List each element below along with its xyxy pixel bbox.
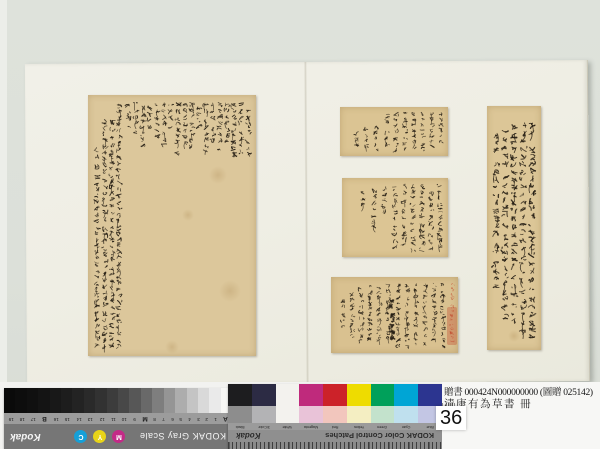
page-centerfold-crease [304,62,309,383]
gray-step-patch [4,388,15,413]
gray-step-patch [164,388,175,413]
ink-circle-c: C [74,430,87,443]
gray-step-label: 1 [214,413,217,423]
saturated-patch [394,384,418,406]
color-column-green [371,384,395,423]
color-patch-label: Magenta [303,424,320,429]
color-column-cyan [394,384,418,423]
color-card-title-band: KODAK Color Control Patches Kodak [228,430,442,442]
gray-step-patch [27,388,38,413]
kodak-logo: Kodak [236,432,260,441]
gray-scale-patches [4,388,232,413]
saturated-patch [347,384,371,406]
gray-scale-title: KODAK Gray Scale [139,432,226,442]
gray-step-patch [209,388,220,413]
kodak-color-control-patches-card: BlueCyanGreenYellowRedMagentaWhite3/Colo… [228,384,442,449]
gray-step-patch [95,388,106,413]
calligraphy-ink [88,95,256,356]
gray-step-label: 9 [133,413,136,423]
ink-circle-y: Y [93,430,106,443]
slip-1-paper [340,107,448,156]
gray-step-label: 7 [162,413,165,423]
gray-step-patch [38,388,49,413]
color-patch-label: Green [374,424,391,429]
color-column-magenta [299,384,323,423]
color-patch-label: 3/Color [255,424,272,429]
gray-step-patch [15,388,26,413]
catalog-label-area: 贈書 000424N000000000 (圖贈 025142) 清康有為草書 冊… [442,382,600,449]
tint-patch [371,406,395,423]
gray-step-patch [152,388,163,413]
gray-step-label: 13 [88,413,93,423]
tint-patch [323,406,347,423]
gray-step-label: 14 [76,413,81,423]
strip-paper [487,106,541,350]
gray-step-label: 16 [54,413,59,423]
color-patch-labels: BlueCyanGreenYellowRedMagentaWhite3/Colo… [228,423,442,430]
gray-step-patch [107,388,118,413]
gray-step-label: 10 [122,413,127,423]
gray-step-label: 6 [171,413,174,423]
color-patch-label: White [279,424,296,429]
gray-step-patch [61,388,72,413]
gray-step-patch [175,388,186,413]
tint-patch [276,406,300,423]
saturated-patch [252,384,276,406]
scan-edge-strip [0,0,7,382]
gray-step-label: 3 [197,413,200,423]
calligraphy-ink [331,277,458,353]
slip-3-paper [331,277,458,353]
color-column-3-color [252,384,276,423]
tint-patch [252,406,276,423]
color-column-white [276,384,300,423]
calligraphy-ink [340,107,448,156]
gray-step-patch [118,388,129,413]
main-leaf-paper [88,95,256,356]
tint-patch [299,406,323,423]
saturated-patch [323,384,347,406]
gray-step-patch [129,388,140,413]
gray-step-patch [50,388,61,413]
color-patches-grid [228,384,442,423]
ink-circle-m: M [112,430,125,443]
gray-step-label: 5 [180,413,183,423]
saturated-patch [371,384,395,406]
color-patch-label: Red [326,424,343,429]
saturated-patch [228,384,252,406]
kodak-logo: Kodak [10,431,41,442]
ruler-strip [228,442,442,449]
saturated-patch [299,384,323,406]
calligraphy-ink [487,106,541,350]
gray-step-patch [141,388,152,413]
gray-step-label: 8 [154,413,157,423]
scanned-album-photograph: A12345678M910111213141516B171819 KODAK G… [0,0,600,449]
gray-step-patch [187,388,198,413]
tint-patch [394,406,418,423]
cmy-ink-circles: MYC [41,430,126,443]
tint-patch [347,406,371,423]
color-patch-label: Cyan [398,424,415,429]
gray-step-label: 15 [65,413,70,423]
tint-patch [228,406,252,423]
gray-step-label: 18 [20,413,25,423]
color-card-title: KODAK Color Control Patches [325,432,434,441]
gray-step-label: 11 [111,413,116,423]
calligraphy-ink [342,178,448,257]
gray-step-patch [72,388,83,413]
color-patch-label: Black [231,424,248,429]
color-column-yellow [347,384,371,423]
slip-2-paper [342,178,448,257]
color-column-red [323,384,347,423]
color-column-black [228,384,252,423]
gray-step-label: 17 [31,413,36,423]
kodak-gray-scale-card: A12345678M910111213141516B171819 KODAK G… [4,388,232,449]
color-patch-label: Yellow [350,424,367,429]
saturated-patch [276,384,300,406]
gray-step-label: 12 [99,413,104,423]
gray-step-label: B [43,413,48,423]
saturated-patch [418,384,442,406]
page-number: 36 [436,406,466,430]
gray-scale-title-band: KODAK Gray Scale MYC Kodak [4,424,232,449]
gray-step-patch [84,388,95,413]
gray-step-label: 2 [206,413,209,423]
gray-scale-step-labels: A12345678M910111213141516B171819 [4,413,232,424]
gray-step-label: M [142,413,147,423]
gray-step-label: 4 [188,413,191,423]
gray-step-label: 19 [8,413,13,423]
gray-step-patch [198,388,209,413]
